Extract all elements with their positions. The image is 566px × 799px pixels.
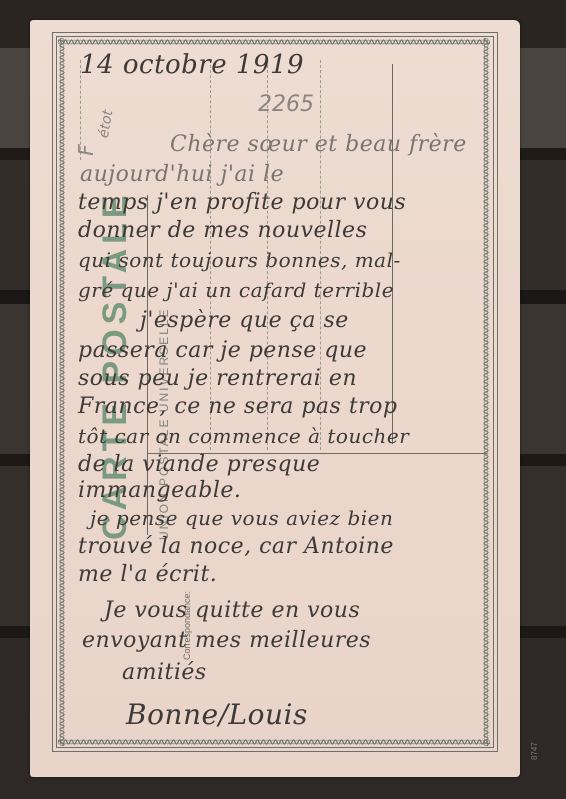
postcard: CARTE POSTALE UNION POSTALE UNIVERSELLE … — [30, 20, 520, 777]
letter-line: Je vous quitte en vous — [104, 598, 360, 623]
letter-line: trouvé la noce, car Antoine — [78, 534, 394, 559]
letter-line: France, ce ne sera pas trop — [78, 394, 398, 419]
letter-line: Chère sœur et beau frère — [170, 132, 467, 157]
letter-line: sous peu je rentrerai en — [78, 366, 357, 391]
pencil-margin-letter: F — [74, 144, 98, 156]
letter-line: amitiés — [122, 660, 207, 685]
letter-line: aujourd'hui j'ai le — [80, 162, 284, 187]
letter-line: immangeable. — [78, 478, 241, 503]
letter-line: donner de mes nouvelles — [78, 218, 367, 243]
letter-line: envoyant mes meilleures — [82, 628, 371, 653]
decorative-border-right — [482, 38, 490, 746]
letter-line: qui sont toujours bonnes, mal- — [78, 248, 401, 272]
letter-line: temps j'en profite pour vous — [78, 190, 406, 215]
pencil-catalog-number: 2265 — [258, 92, 314, 117]
letter-line: je pense que vous aviez bien — [90, 506, 393, 530]
letter-line: passera car je pense que — [78, 338, 367, 363]
decorative-border-top — [58, 38, 490, 46]
letter-line: j'espère que ça se — [140, 308, 349, 333]
letter-date: 14 octobre 1919 — [80, 50, 304, 80]
letter-line: de la viande presque — [78, 452, 320, 477]
decorative-border-bottom — [58, 738, 490, 746]
letter-line: me l'a écrit. — [78, 562, 217, 587]
decorative-border-left — [58, 38, 66, 746]
print-number: 8747 — [530, 742, 539, 760]
letter-line: tôt car on commence à toucher — [78, 424, 409, 448]
letter-line: gré que j'ai un cafard terrible — [78, 278, 394, 302]
letter-signature: Bonne/Louis — [126, 698, 308, 731]
